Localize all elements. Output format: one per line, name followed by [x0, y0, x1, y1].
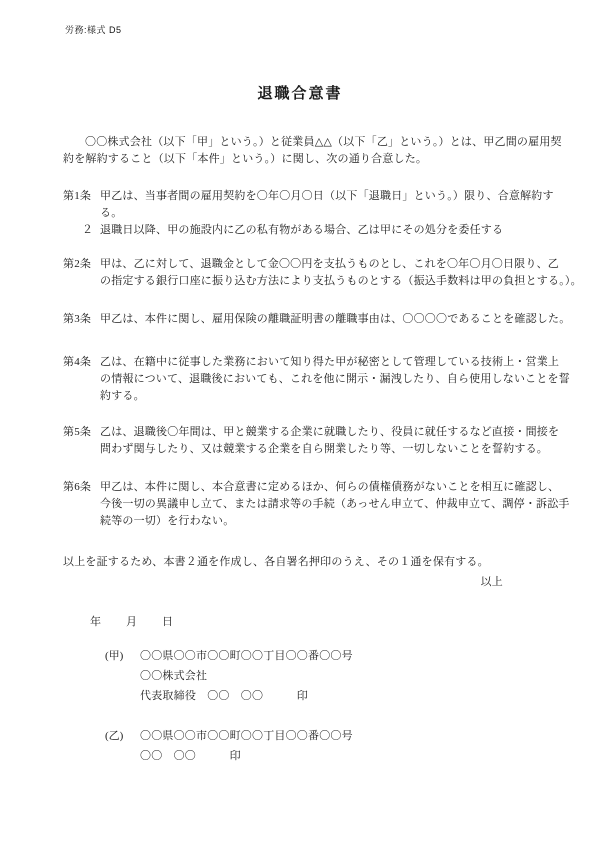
article-1-clause-2: ２退職日以降、甲の施設内に乙の私有物がある場合、乙は甲にその処分を委任する	[63, 222, 543, 239]
article-1: 第1条甲乙は、当事者間の雇用契約を〇年〇月〇日（以下「退職日」という。）限り、合…	[63, 188, 543, 239]
kou-address: 〇〇県〇〇市〇〇町〇〇丁目〇〇番〇〇号	[140, 646, 353, 666]
article-6: 第6条甲乙は、本件に関し、本合意書に定めるほか、何らの債権債務がないことを相互に…	[63, 479, 543, 530]
otsu-name-seal: 〇〇 〇〇 印	[140, 746, 353, 766]
article-4-text: 乙は、在籍中に従事した業務において知り得た甲が秘密として管理している技術上・営業…	[100, 356, 559, 368]
article-1-text: 甲乙は、当事者間の雇用契約を〇年〇月〇日（以下「退職日」という。）限り、合意解約…	[100, 190, 554, 202]
article-3-number: 第3条	[63, 311, 100, 328]
article-5-text: 乙は、退職後〇年間は、甲と競業する企業に就職したり、役員に就任するなど直接・間接…	[100, 426, 559, 438]
article-3: 第3条甲乙は、本件に関し、雇用保険の離職証明書の離職事由は、〇〇〇〇であることを…	[63, 311, 543, 328]
article-2-line-1: 第2条甲は、乙に対して、退職金として金〇〇円を支払うものとし、これを〇年〇月〇日…	[63, 256, 543, 273]
clause-2-text: 退職日以降、甲の施設内に乙の私有物がある場合、乙は甲にその処分を委任する	[100, 224, 503, 236]
intro-line-2: 約を解約すること（以下「本件」という。）に関し、次の通り合意した。	[63, 151, 543, 168]
article-5-line-2: 問わず関与したり、又は競業する企業を自ら開業したり等、一切しないことを誓約する。	[63, 441, 543, 458]
article-1-number: 第1条	[63, 188, 100, 205]
signature-kou-lines: 〇〇県〇〇市〇〇町〇〇丁目〇〇番〇〇号 〇〇株式会社 代表取締役 〇〇 〇〇 印	[140, 646, 353, 706]
form-code-label: 労務:様式 D5	[65, 23, 122, 36]
article-4: 第4条乙は、在籍中に従事した業務において知り得た甲が秘密として管理している技術上…	[63, 354, 543, 405]
article-6-line-2: 今後一切の異議申し立て、または請求等の手続（あっせん申立て、仲裁申立て、調停・訴…	[63, 496, 543, 513]
kou-company-name: 〇〇株式会社	[140, 666, 353, 686]
article-5: 第5条乙は、退職後〇年間は、甲と競業する企業に就職したり、役員に就任するなど直接…	[63, 424, 543, 458]
article-6-number: 第6条	[63, 479, 100, 496]
date-line: 年 月 日	[63, 614, 543, 631]
signature-kou-label: (甲)	[105, 646, 140, 706]
article-2-line-2: の指定する銀行口座に振り込む方法により支払うものとする（振込手数料は甲の負担とす…	[63, 273, 543, 290]
article-4-line-1: 第4条乙は、在籍中に従事した業務において知り得た甲が秘密として管理している技術上…	[63, 354, 543, 371]
signature-block-otsu: (乙) 〇〇県〇〇市〇〇町〇〇丁目〇〇番〇〇号 〇〇 〇〇 印	[63, 726, 543, 766]
article-2-text: 甲は、乙に対して、退職金として金〇〇円を支払うものとし、これを〇年〇月〇日限り、…	[100, 258, 559, 270]
article-4-number: 第4条	[63, 354, 100, 371]
signature-block-kou: (甲) 〇〇県〇〇市〇〇町〇〇丁目〇〇番〇〇号 〇〇株式会社 代表取締役 〇〇 …	[63, 646, 543, 706]
article-4-line-2: の情報について、退職後においても、これを他に開示・漏洩したり、自ら使用しないこと…	[63, 371, 543, 388]
article-3-line-1: 第3条甲乙は、本件に関し、雇用保険の離職証明書の離職事由は、〇〇〇〇であることを…	[63, 311, 543, 328]
article-2: 第2条甲は、乙に対して、退職金として金〇〇円を支払うものとし、これを〇年〇月〇日…	[63, 256, 543, 290]
signature-otsu-lines: 〇〇県〇〇市〇〇町〇〇丁目〇〇番〇〇号 〇〇 〇〇 印	[140, 726, 353, 766]
intro-paragraph: 〇〇株式会社（以下「甲」という。）と従業員△△（以下「乙」という。）とは、甲乙間…	[63, 134, 543, 168]
clause-2-number: ２	[82, 222, 100, 239]
article-3-text: 甲乙は、本件に関し、雇用保険の離職証明書の離職事由は、〇〇〇〇であることを確認し…	[100, 313, 570, 325]
article-1-line-2: る。	[63, 205, 543, 222]
intro-line-1: 〇〇株式会社（以下「甲」という。）と従業員△△（以下「乙」という。）とは、甲乙間…	[63, 134, 543, 151]
article-2-number: 第2条	[63, 256, 100, 273]
article-5-number: 第5条	[63, 424, 100, 441]
article-6-text: 甲乙は、本件に関し、本合意書に定めるほか、何らの債権債務がないことを相互に確認し…	[100, 481, 559, 493]
end-mark: 以上	[63, 574, 543, 591]
document-title: 退職合意書	[0, 0, 600, 104]
document-page: 労務:様式 D5 退職合意書 〇〇株式会社（以下「甲」という。）と従業員△△（以…	[0, 0, 600, 851]
closing-statement: 以上を証するため、本書２通を作成し、各自署名押印のうえ、その１通を保有する。	[63, 554, 543, 571]
article-6-line-1: 第6条甲乙は、本件に関し、本合意書に定めるほか、何らの債権債務がないことを相互に…	[63, 479, 543, 496]
otsu-address: 〇〇県〇〇市〇〇町〇〇丁目〇〇番〇〇号	[140, 726, 353, 746]
article-5-line-1: 第5条乙は、退職後〇年間は、甲と競業する企業に就職したり、役員に就任するなど直接…	[63, 424, 543, 441]
kou-representative-seal: 代表取締役 〇〇 〇〇 印	[140, 686, 353, 706]
article-6-line-3: 続等の一切）を行わない。	[63, 513, 543, 530]
article-1-line-1: 第1条甲乙は、当事者間の雇用契約を〇年〇月〇日（以下「退職日」という。）限り、合…	[63, 188, 543, 205]
document-body: 〇〇株式会社（以下「甲」という。）と従業員△△（以下「乙」という。）とは、甲乙間…	[63, 134, 543, 766]
signature-otsu-label: (乙)	[105, 726, 140, 766]
article-4-line-3: 約する。	[63, 388, 543, 405]
